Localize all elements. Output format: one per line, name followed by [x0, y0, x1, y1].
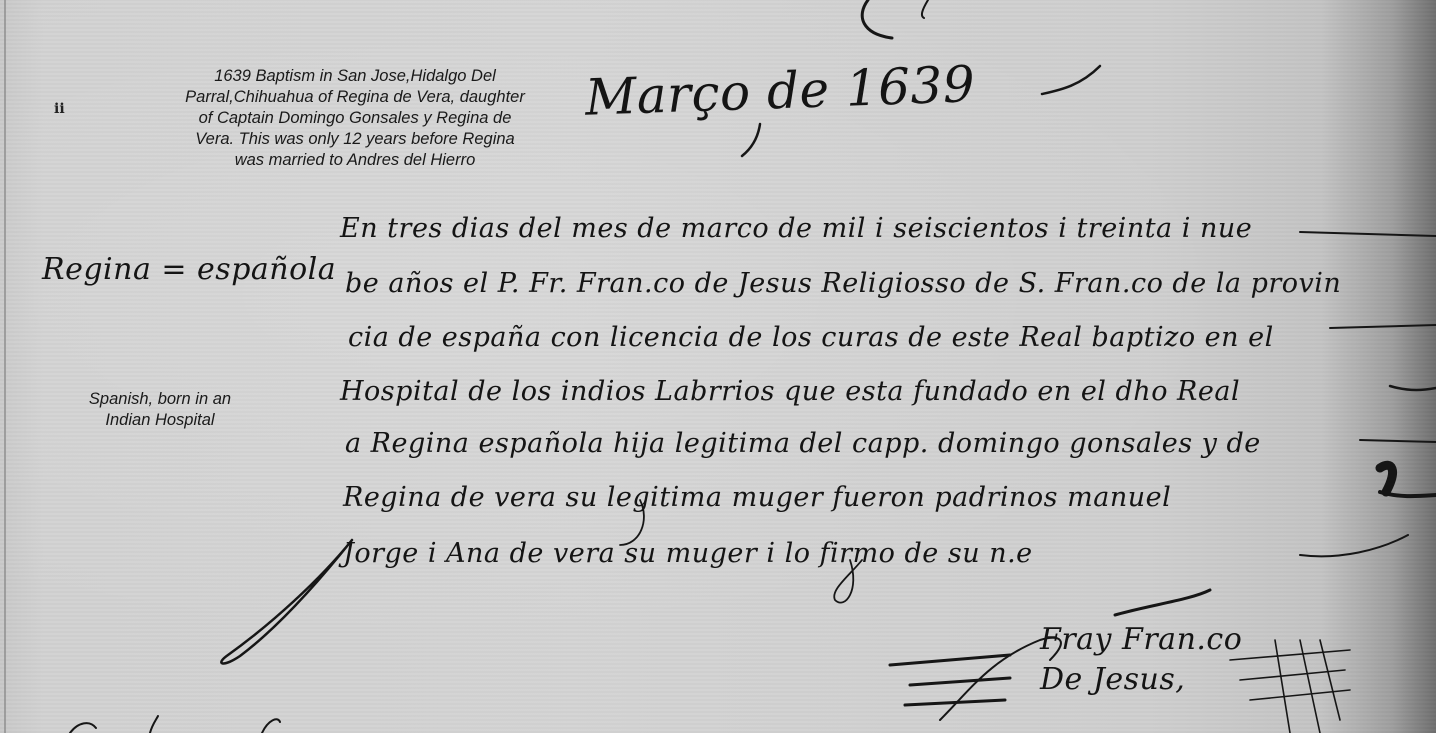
caption-line: of Captain Domingo Gonsales y Regina de	[135, 108, 575, 129]
caption-line: 1639 Baptism in San Jose,Hidalgo Del	[135, 66, 575, 87]
record-line: Jorge i Ana de vera su muger i lo firmo …	[343, 538, 1033, 569]
caption-line: Vera. This was only 12 years before Regi…	[135, 129, 575, 150]
record-line: Regina de vera su legitima muger fueron …	[343, 482, 1171, 513]
caption-line: Parral,Chihuahua of Regina de Vera, daug…	[135, 87, 575, 108]
margin-note-annotation: Spanish, born in an Indian Hospital	[55, 389, 265, 431]
record-line: a Regina española hija legitima del capp…	[345, 428, 1261, 459]
record-line: be años el P. Fr. Fran.co de Jesus Relig…	[345, 268, 1341, 299]
margin-note-line: Indian Hospital	[55, 410, 265, 431]
caption-annotation: 1639 Baptism in San Jose,Hidalgo Del Par…	[135, 66, 575, 171]
record-line: En tres dias del mes de marco de mil i s…	[340, 213, 1252, 244]
priest-signature: Fray Fran.co De Jesus,	[1040, 620, 1242, 700]
record-line: Hospital de los indios Labrrios que esta…	[340, 376, 1240, 407]
manuscript-page: ii 1639 Baptism in San Jose,Hidalgo Del …	[0, 0, 1436, 733]
margin-note-line: Spanish, born in an	[55, 389, 265, 410]
record-line: cia de españa con licencia de los curas …	[348, 322, 1274, 353]
margin-entry-name: Regina = española	[42, 252, 336, 287]
signature-line: Fray Fran.co	[1040, 620, 1242, 660]
caption-line: was married to Andres del Hierro	[135, 150, 575, 171]
signature-line: De Jesus,	[1040, 660, 1242, 700]
stray-ink-mark: ii	[54, 101, 65, 117]
